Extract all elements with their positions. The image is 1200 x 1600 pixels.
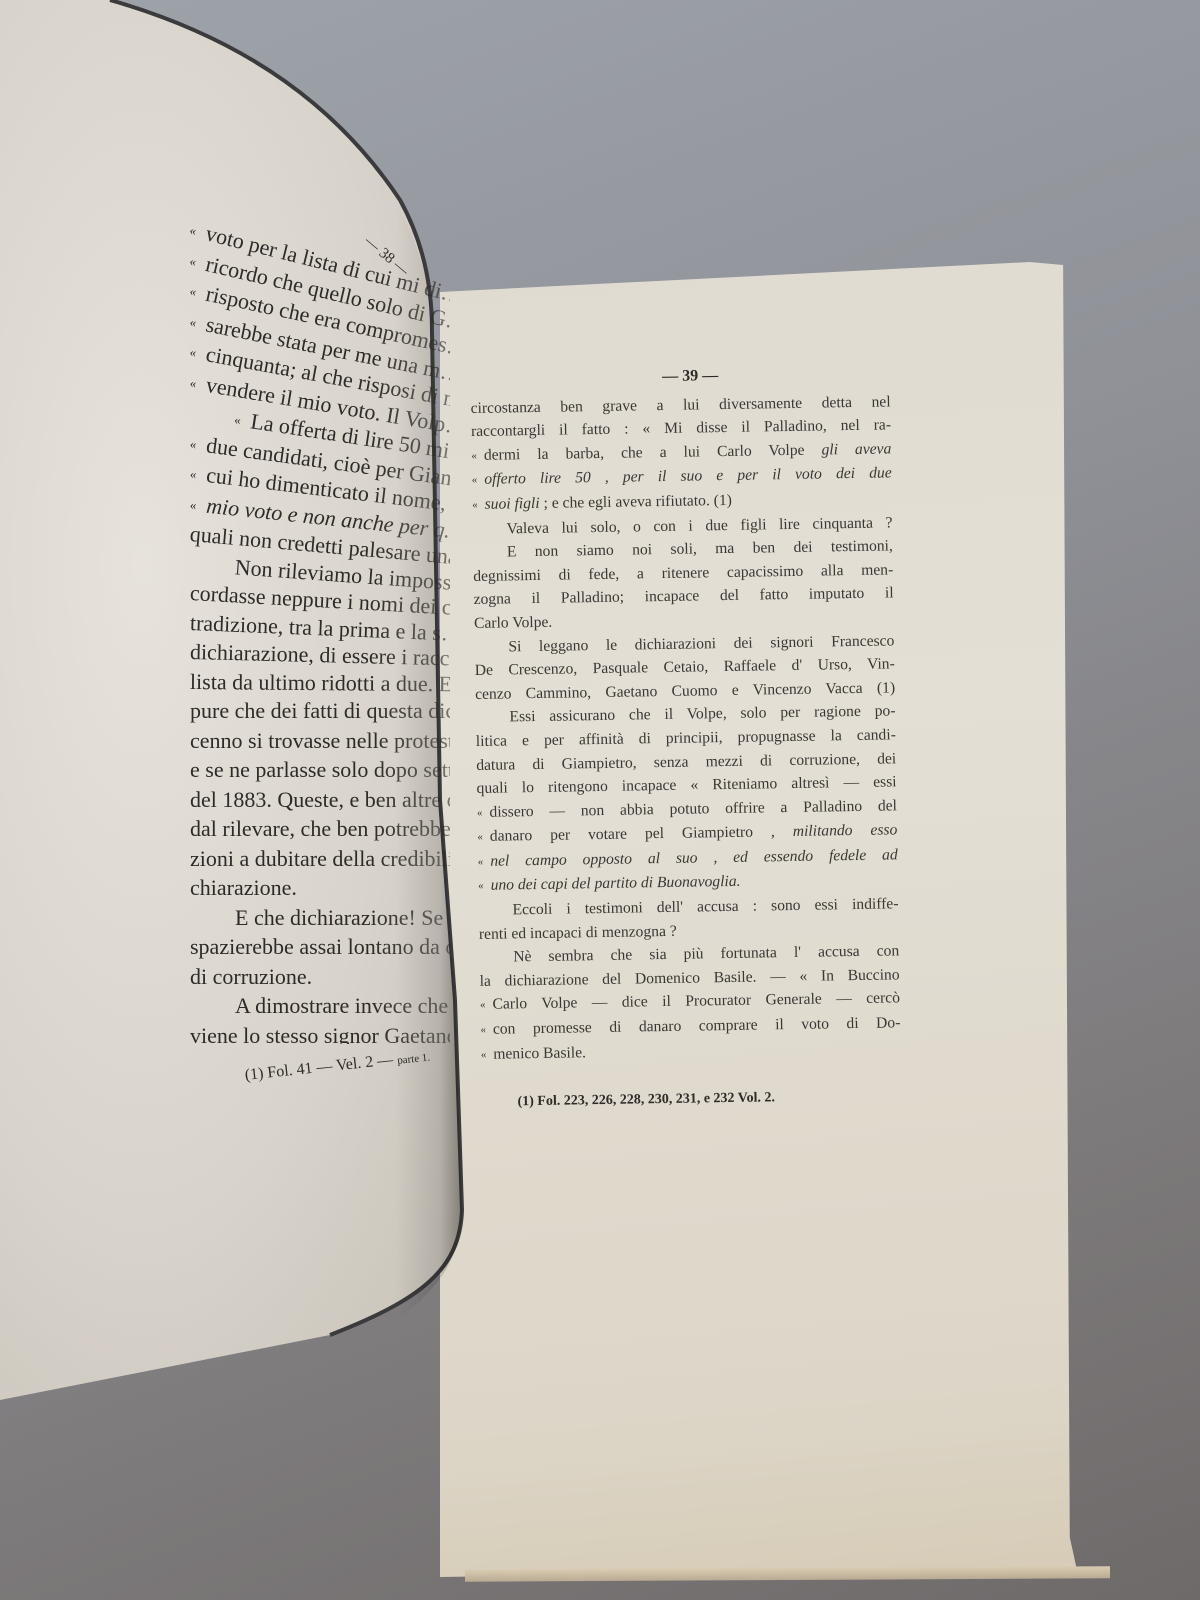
text-line: spazierebbe assai lontano da ogni … [190, 932, 450, 962]
right-page-body: circostanza ben grave a lui diversamente… [470, 390, 900, 1067]
text-line: chiarazione. [190, 873, 450, 903]
text-line: cenno si trovasse nelle proteste … [190, 726, 450, 756]
text-line: pure che dei fatti di questa dich… [190, 696, 450, 726]
text-line: dal rilevare, che ben potrebbero … [190, 814, 450, 844]
right-page-text: — 39 — circostanza ben grave a lui diver… [470, 361, 902, 1114]
text-line: di corruzione. [190, 962, 450, 992]
text-line: A dimostrare invece che il D… [190, 991, 450, 1021]
left-page-body: voto per la lista di cui mi di…ricordo c… [190, 214, 450, 1044]
text-line: lista da ultimo ridotti a due. E… [190, 667, 450, 699]
text-line: E che dichiarazione! Se fos… [190, 903, 450, 933]
text-line: e se ne parlasse solo dopo sette … [190, 755, 450, 785]
text-line: zioni a dubitare della credibilità … [190, 844, 450, 874]
photo-scene: — 39 — circostanza ben grave a lui diver… [0, 0, 1200, 1600]
text-line: del 1883. Queste, e ben altre osser… [190, 785, 450, 815]
left-page-text: voto per la lista di cui mi di…ricordo c… [190, 214, 450, 1044]
text-line: viene lo stesso signor Gaetano … [190, 1021, 450, 1045]
page-stack-edge [465, 1566, 1110, 1581]
